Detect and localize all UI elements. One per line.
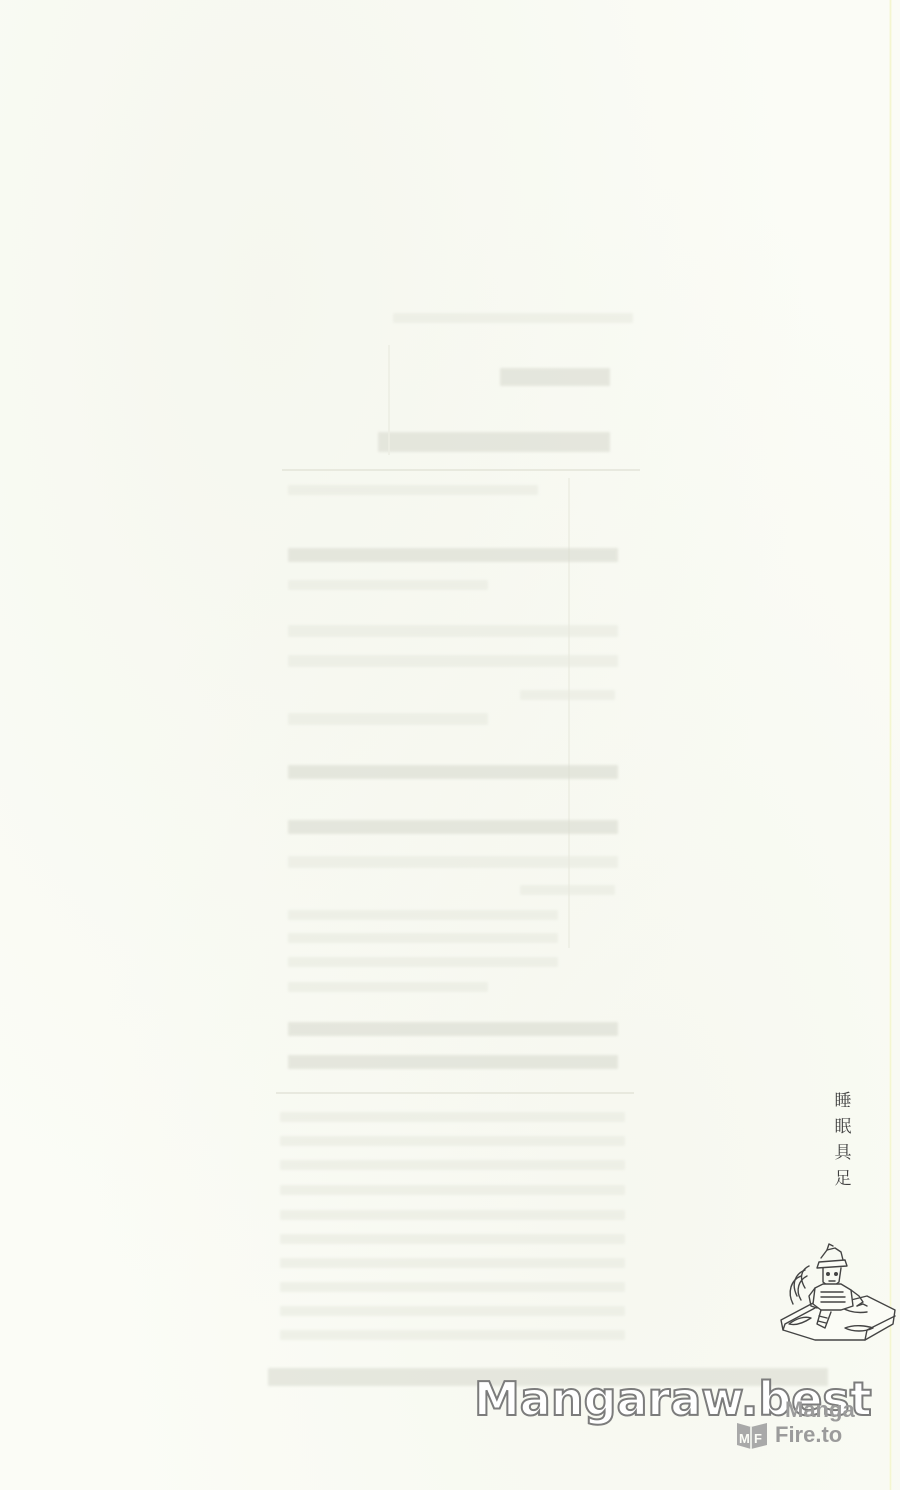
caption-char: 足 [832,1166,854,1192]
page-background: 睡 眠 具 足 [0,0,900,1490]
watermark-mangafire: M F Manga Fire.to [735,1397,875,1455]
svg-text:M: M [739,1431,750,1446]
watermark-mangafire-line2: Fire.to [775,1424,842,1446]
caption-char: 具 [832,1140,854,1166]
mangafire-logo-icon: M F [735,1419,769,1449]
svg-text:F: F [754,1431,762,1446]
samurai-in-bed-icon [775,1240,900,1350]
caption-char: 眠 [832,1114,854,1140]
watermark-mangafire-line1: Manga [785,1399,855,1421]
vertical-caption: 睡 眠 具 足 [832,1088,854,1192]
caption-char: 睡 [832,1088,854,1114]
